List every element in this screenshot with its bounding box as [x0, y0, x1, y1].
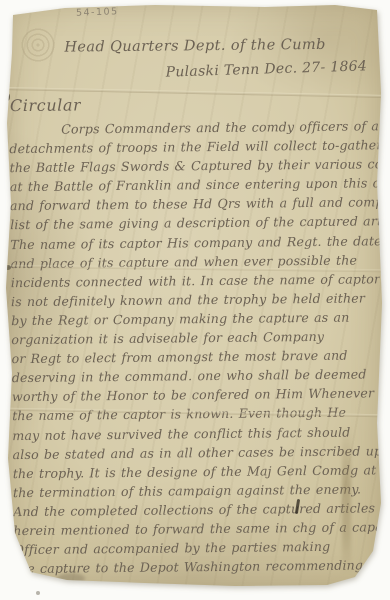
paper-stain — [342, 426, 351, 574]
paper-sheet: 54-105 Head Quarters Dept. of the Cumb P… — [5, 3, 384, 589]
ink-speck — [7, 208, 10, 211]
letter-paper: 54-105 Head Quarters Dept. of the Cumb P… — [5, 3, 385, 591]
letter-body: Corps Commanders and the comdy officers … — [9, 116, 383, 578]
ink-speck — [5, 265, 11, 270]
body-line: by the Regt or Company making the captur… — [11, 307, 380, 330]
dateline: Pulaski Tenn Dec. 27- 1864 — [165, 58, 367, 80]
letterhead-line: Head Quarters Dept. of the Cumb — [64, 37, 326, 56]
stray-mark — [36, 591, 40, 595]
circular-heading: Circular — [10, 95, 82, 115]
letter-content: Head Quarters Dept. of the Cumb Pulaski … — [2, 0, 387, 589]
photo-background: 54-105 Head Quarters Dept. of the Cumb P… — [0, 0, 390, 600]
pencil-smudge — [57, 573, 85, 584]
ink-speck — [5, 93, 10, 101]
